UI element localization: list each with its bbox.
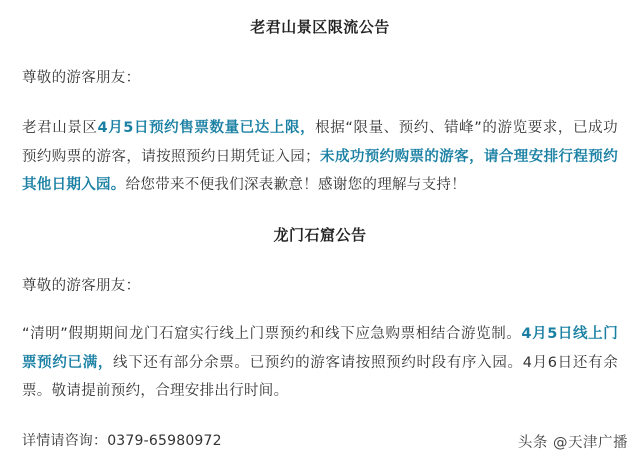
notice-title: 老君山景区限流公告 [0, 16, 640, 37]
body-text: 给您带来不便我们深表歉意！感谢您的理解与支持！ [126, 177, 466, 193]
contact-label: 详情请咨询： [22, 433, 107, 449]
notice-body: “清明”假期期间龙门石窟实行线上门票预约和线下应急购票相结合游览制。4月5日线上… [22, 320, 618, 406]
notice-body: 老君山景区4月5日预约售票数量已达上限，根据“限量、预约、错峰”的游览要求，已成… [22, 114, 618, 200]
notice-title: 龙门石窟公告 [0, 224, 640, 245]
body-text: “清明”假期期间龙门石窟实行线上门票预约和线下应急购票相结合游览制。 [22, 326, 521, 342]
watermark: 头条 @天津广播 [518, 431, 628, 452]
greeting: 尊敬的游客朋友： [22, 274, 140, 295]
body-text: 老君山景区 [22, 120, 98, 136]
contact-info: 详情请咨询：0379-65980972 [22, 430, 222, 450]
highlight-text: 4月5日预约售票数量已达上限， [98, 120, 316, 136]
contact-phone: 0379-65980972 [107, 433, 222, 449]
greeting: 尊敬的游客朋友： [22, 66, 140, 87]
